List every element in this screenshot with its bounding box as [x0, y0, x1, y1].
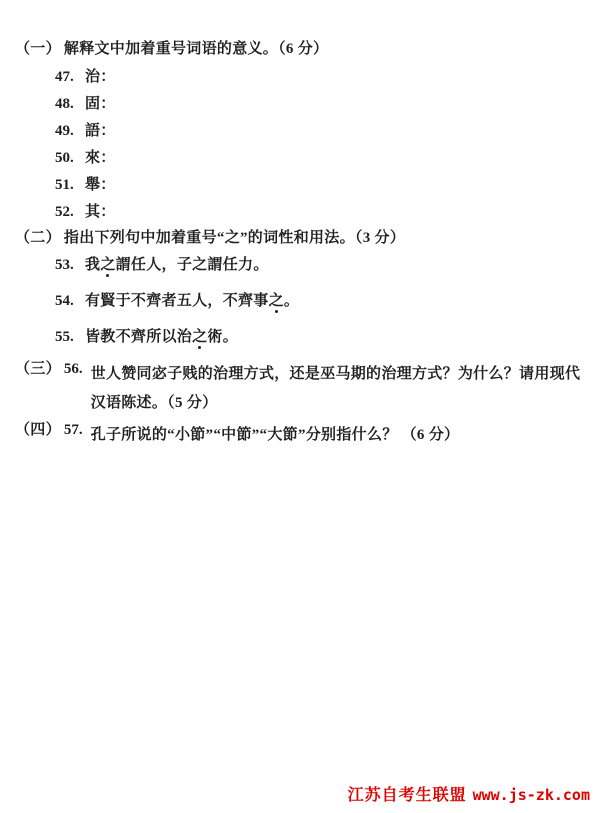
question-number: 51. [55, 176, 85, 195]
question-52: 52.其： [55, 203, 116, 222]
section-2-header: （二）指出下列句中加着重号“之”的词性和用法。（3 分） [15, 229, 405, 248]
question-54: 54.有賢于不齊者五人，不齊事之。 [55, 292, 299, 311]
question-text: 皆教不齊所以治之術。 [85, 329, 238, 345]
question-text: 其： [85, 204, 116, 220]
question-number: 56. [64, 360, 83, 379]
site-url: www.js-zk.com [473, 786, 590, 804]
site-name: 江苏自考生联盟 [348, 787, 467, 804]
emphasized-char: 之 [192, 329, 207, 345]
section-1-title: 解释文中加着重号词语的意义。（6 分） [64, 41, 328, 57]
section-3-label: （三） [15, 360, 61, 379]
section-4-label: （四） [15, 421, 61, 440]
section-2-label: （二） [15, 230, 61, 246]
question-text: 孔子所说的“小節”“中節”“大節”分别指什么？ （6 分） [91, 421, 590, 450]
question-number: 57. [64, 421, 83, 440]
emphasized-char: 之 [269, 293, 284, 309]
site-watermark: 江苏自考生联盟www.js-zk.com [348, 782, 590, 805]
question-text: 固： [85, 96, 116, 112]
question-text: 有賢于不齊者五人，不齊事之。 [85, 293, 299, 309]
section-1-label: （一） [15, 41, 61, 57]
section-3-question-56: （三）56.世人赞同宓子贱的治理方式，还是巫马期的治理方式？为什么？请用现代汉语… [15, 360, 590, 418]
question-48: 48.固： [55, 95, 116, 114]
question-number: 52. [55, 203, 85, 222]
question-55: 55.皆教不齊所以治之術。 [55, 328, 238, 347]
question-text: 我之謂任人，子之謂任力。 [85, 257, 269, 273]
question-text: 舉： [85, 177, 116, 193]
question-47: 47.治： [55, 68, 116, 87]
question-text: 治： [85, 69, 116, 85]
question-53: 53.我之謂任人，子之謂任力。 [55, 256, 269, 275]
question-number: 48. [55, 95, 85, 114]
question-text: 語： [85, 123, 116, 139]
section-4-question-57: （四）57.孔子所说的“小節”“中節”“大節”分别指什么？ （6 分） [15, 421, 590, 450]
question-number: 47. [55, 68, 85, 87]
section-1-header: （一）解释文中加着重号词语的意义。（6 分） [15, 40, 328, 59]
question-text: 來： [85, 150, 116, 166]
scanned-exam-page: （一）解释文中加着重号词语的意义。（6 分） 47.治： 48.固： 49.語：… [0, 0, 600, 813]
question-number: 54. [55, 292, 85, 311]
question-49: 49.語： [55, 122, 116, 141]
question-51: 51.舉： [55, 176, 116, 195]
question-number: 50. [55, 149, 85, 168]
question-text: 世人赞同宓子贱的治理方式，还是巫马期的治理方式？为什么？请用现代汉语陈述。（5 … [91, 360, 590, 418]
question-number: 55. [55, 328, 85, 347]
question-number: 53. [55, 256, 85, 275]
question-number: 49. [55, 122, 85, 141]
question-50: 50.來： [55, 149, 116, 168]
emphasized-char: 之 [100, 257, 115, 273]
section-2-title: 指出下列句中加着重号“之”的词性和用法。（3 分） [64, 230, 405, 246]
